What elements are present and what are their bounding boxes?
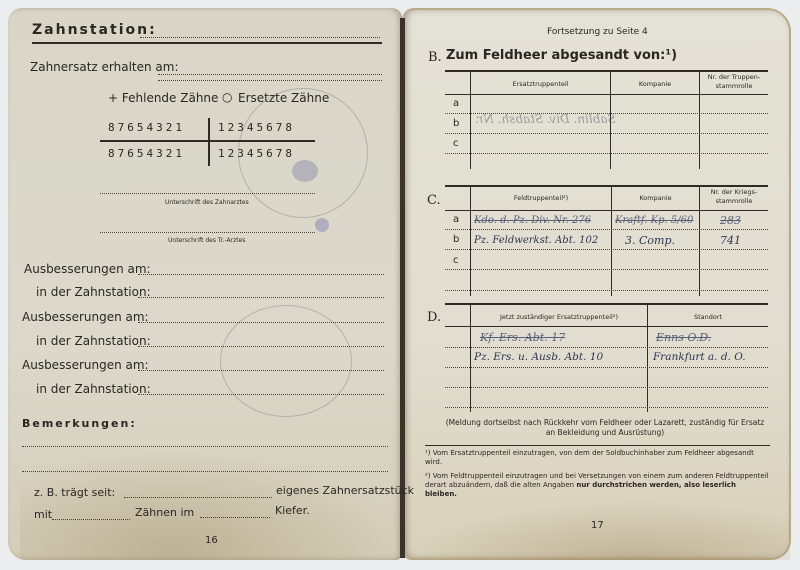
- section-c-header-unit: Feldtruppenteil²): [471, 194, 611, 202]
- remarks-line-1[interactable]: [22, 446, 388, 447]
- repair-1-date-field[interactable]: [138, 274, 384, 275]
- section-d-header-unit: Jetzt zuständiger Ersatztruppenteil²): [471, 313, 647, 321]
- section-b-row-a-key: a: [453, 98, 459, 109]
- page-number-left: 16: [205, 535, 218, 546]
- section-b-header-unit: Ersatztruppenteil: [471, 80, 610, 88]
- section-b-title: Zum Feldheer abgesandt von:¹): [446, 48, 677, 63]
- section-c-row-c-key: c: [453, 255, 459, 266]
- book-spine: [400, 18, 405, 558]
- section-c-row-b-number: 741: [720, 234, 741, 247]
- section-c-row-b-line[interactable]: [445, 249, 768, 250]
- repair-1-label: Ausbesserungen am:: [24, 262, 151, 276]
- section-c-header-number: Nr. der Kriegs-stammrolle: [700, 188, 768, 206]
- section-b-header-number: Nr. der Truppen-stammrolle: [700, 73, 768, 91]
- section-c-row-a-unit: Kdo. d. Pz. Div. Nr. 276: [474, 215, 591, 226]
- ink-smudge: [292, 160, 318, 182]
- section-c-top-rule: [445, 185, 768, 187]
- doctor-signature-label: Unterschrift des Tr.-Arztes: [168, 237, 245, 244]
- section-c-row-b-key: b: [453, 234, 459, 245]
- zahnersatz-label: Zahnersatz erhalten am:: [30, 60, 179, 74]
- remarks-line-2[interactable]: [22, 471, 388, 472]
- section-c-row-a-company: Kraftf. Kp. 5/60: [615, 215, 693, 226]
- section-d-row-1-line[interactable]: [445, 347, 768, 348]
- section-b-row-c[interactable]: [445, 153, 768, 154]
- own-prosthesis-label: eigenes Zahnersatzstück: [276, 484, 414, 497]
- section-d-row-2-location: Frankfurt a. d. O.: [653, 351, 746, 363]
- teeth-count-field[interactable]: [52, 519, 130, 520]
- section-b-row-c-key: c: [453, 138, 459, 149]
- dentist-signature-label: Unterschrift des Zahnarztes: [165, 199, 249, 206]
- section-c-row-c-line[interactable]: [445, 269, 768, 270]
- continuation-note: Fortsetzung zu Seite 4: [547, 27, 648, 37]
- section-c-col-line-1: [470, 186, 471, 296]
- remarks-label: Bemerkungen:: [22, 417, 137, 430]
- circle-icon: ○: [222, 90, 232, 104]
- section-d-top-rule: [445, 303, 768, 305]
- notice-text: (Meldung dortselbst nach Rückkehr vom Fe…: [440, 418, 770, 438]
- section-b-stamp-bleed: Sablin. Div. Stabsh. Nr.: [475, 112, 616, 126]
- zb-label: z. B. trägt seit:: [34, 486, 115, 499]
- repair-1-station-label: in der Zahnstation:: [36, 285, 151, 299]
- round-stamp-lower: [220, 305, 352, 417]
- page-number-right: 17: [591, 520, 604, 531]
- repair-3-station-label: in der Zahnstation:: [36, 382, 151, 396]
- with-label: mit: [34, 508, 52, 521]
- section-c-row-b-unit: Pz. Feldwerkst. Abt. 102: [474, 235, 598, 246]
- footnote-2: ²) Vom Feldtruppenteil einzutragen und b…: [425, 472, 770, 499]
- section-c-header-company: Kompanie: [612, 194, 699, 202]
- section-c-header-rule: [445, 210, 768, 211]
- jaw-label: Kiefer.: [275, 504, 310, 517]
- section-c-row-b-company: 3. Comp.: [625, 234, 675, 247]
- title-rule: [32, 42, 382, 44]
- page-title: Zahnstation:: [32, 22, 157, 38]
- section-c-row-a-key: a: [453, 214, 459, 225]
- zahnstation-field[interactable]: [140, 37, 380, 38]
- section-b-header-rule: [445, 94, 768, 95]
- section-c-row-a-line[interactable]: [445, 229, 768, 230]
- section-c-row-d-line[interactable]: [445, 290, 768, 291]
- section-d-row-4-line[interactable]: [445, 407, 768, 408]
- section-b-top-rule: [445, 70, 768, 72]
- zahnersatz-field-2[interactable]: [158, 80, 382, 81]
- dental-chart-vertical-line: [208, 118, 210, 166]
- section-d-letter: D.: [427, 310, 441, 325]
- section-c-col-line-2: [611, 186, 612, 296]
- zahnersatz-field[interactable]: [158, 74, 382, 75]
- section-d-row-1-unit: Kf. Ers. Abt. 17: [480, 331, 565, 344]
- section-b-header-company: Kompanie: [611, 80, 699, 88]
- section-c-letter: C.: [427, 193, 441, 208]
- section-c-row-a-number: 283: [720, 214, 741, 227]
- section-b-row-b-key: b: [453, 118, 459, 129]
- repair-2-label: Ausbesserungen am:: [22, 310, 149, 324]
- section-d-row-1-location: Enns O.D.: [656, 331, 711, 344]
- jaw-field[interactable]: [200, 517, 270, 518]
- section-b-row-b[interactable]: [445, 133, 768, 134]
- doctor-signature-field[interactable]: [100, 232, 315, 233]
- footnote-rule: [425, 445, 770, 446]
- legend-missing-teeth: + Fehlende Zähne: [108, 91, 218, 105]
- section-d-header-location: Standort: [648, 313, 768, 321]
- section-d-header-rule: [445, 326, 768, 327]
- teeth-upper-left: 87654321: [108, 121, 185, 134]
- section-d-row-2-unit: Pz. Ers. u. Ausb. Abt. 10: [474, 351, 603, 363]
- ink-smudge-2: [315, 218, 329, 232]
- dentist-signature-field[interactable]: [100, 193, 315, 194]
- round-stamp-upper: [238, 88, 368, 218]
- section-d-row-2-line[interactable]: [445, 367, 768, 368]
- section-d-row-3-line[interactable]: [445, 387, 768, 388]
- teeth-lower-left: 87654321: [108, 147, 185, 160]
- since-date-field[interactable]: [124, 497, 272, 498]
- footnote-1: ¹) Vom Ersatztruppenteil einzutragen, vo…: [425, 449, 770, 467]
- repair-1-station-field[interactable]: [138, 297, 384, 298]
- repair-3-label: Ausbesserungen am:: [22, 358, 149, 372]
- repair-2-station-label: in der Zahnstation:: [36, 334, 151, 348]
- section-b-letter: B.: [428, 50, 442, 65]
- teeth-in-label: Zähnen im: [135, 506, 194, 519]
